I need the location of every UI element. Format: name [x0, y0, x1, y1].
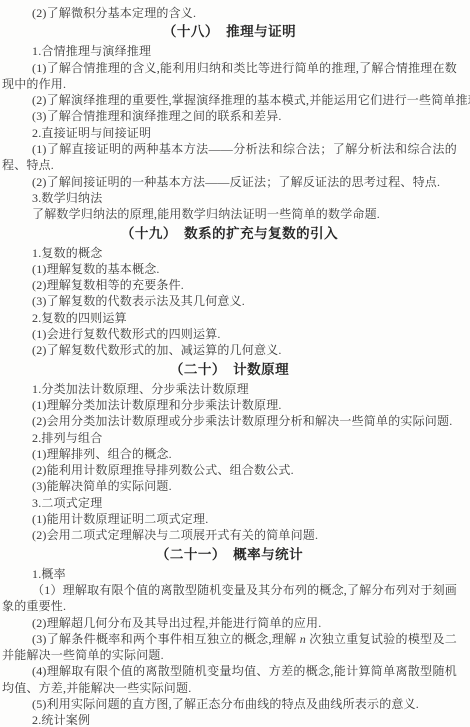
text-line: (2)会用二项式定理解决与二项展开式有关的简单问题.	[2, 527, 457, 543]
text-line: (1)理解排列、组合的概念.	[2, 446, 457, 462]
text-line: 3.二项式定理	[2, 495, 457, 511]
text-line: (1)理解复数的基本概念.	[2, 261, 457, 277]
text-line: (1)了解合情推理的含义,能利用归纳和类比等进行简单的推理,了解合情推理在数学发	[2, 60, 457, 76]
text-line: (2)能利用计数原理推导排列数公式、组合数公式.	[2, 462, 457, 478]
text-line: 2.复数的四则运算	[2, 310, 457, 326]
text-line: 1.复数的概念	[2, 245, 457, 261]
section-heading: （十八） 推理与证明	[2, 22, 457, 41]
document-page: (2)了解微积分基本定理的含义.（十八） 推理与证明1.合情推理与演绎推理(1)…	[0, 0, 470, 727]
text-line: 现中的作用.	[2, 76, 457, 92]
text-line: 1.合情推理与演绎推理	[2, 43, 457, 59]
section-heading: （十九） 数系的扩充与复数的引入	[2, 224, 457, 243]
text-line: (5)利用实际问题的直方图,了解正态分布曲线的特点及曲线所表示的意义.	[2, 696, 457, 712]
text-line: (3)了解条件概率和两个事件相互独立的概念,理解 n 次独立重复试验的模型及二项…	[2, 631, 457, 647]
text-line: 了解数学归纳法的原理,能用数学归纳法证明一些简单的数学命题.	[2, 206, 457, 222]
text-line: 2.直接证明与间接证明	[2, 125, 457, 141]
text-line: (4)理解取有限个值的离散型随机变量均值、方差的概念,能计算简单离散型随机变量的	[2, 663, 457, 679]
section-heading: （二十） 计数原理	[2, 360, 457, 379]
text-line: (3)了解合情推理和演绎推理之间的联系和差异.	[2, 108, 457, 124]
text-line: 均值、方差,并能解决一些实际问题.	[2, 680, 457, 696]
text-segment: (3)了解条件概率和两个事件相互独立的概念,理解	[32, 632, 300, 646]
text-line: 1.分类加法计数原理、分步乘法计数原理	[2, 381, 457, 397]
text-line: (2)会用分类加法计数原理或分步乘法计数原理分析和解决一些简单的实际问题.	[2, 413, 457, 429]
document-body: (2)了解微积分基本定理的含义.（十八） 推理与证明1.合情推理与演绎推理(1)…	[2, 5, 457, 727]
text-line: 程、特点.	[2, 157, 457, 173]
text-line: (2)理解超几何分布及其导出过程,并能进行简单的应用.	[2, 615, 457, 631]
text-line: (1)能用计数原理证明二项式定理.	[2, 511, 457, 527]
section-heading: （二十一） 概率与统计	[2, 545, 457, 564]
text-line: 象的重要性.	[2, 598, 457, 614]
text-line: (1)理解分类加法计数原理和分步乘法计数原理.	[2, 397, 457, 413]
text-line: （1）理解取有限个值的离散型随机变量及其分布列的概念,了解分布列对于刻画随机现	[2, 582, 457, 598]
text-line: 1.概率	[2, 566, 457, 582]
text-line: (3)了解复数的代数表示法及其几何意义.	[2, 293, 457, 309]
text-line: (2)了解复数代数形式的加、减运算的几何意义.	[2, 342, 457, 358]
text-line: 并能解决一些简单的实际问题.	[2, 647, 457, 663]
text-line: (1)了解直接证明的两种基本方法——分析法和综合法；了解分析法和综合法的思考过	[2, 141, 457, 157]
text-line: 3.数学归纳法	[2, 190, 457, 206]
text-line: 2.排列与组合	[2, 430, 457, 446]
text-line: (2)了解演绎推理的重要性,掌握演绎推理的基本模式,并能运用它们进行一些简单推理…	[2, 92, 457, 108]
text-line: 2.统计案例	[2, 712, 457, 727]
text-line: (1)会进行复数代数形式的四则运算.	[2, 326, 457, 342]
text-line: (2)了解间接证明的一种基本方法——反证法；了解反证法的思考过程、特点.	[2, 174, 457, 190]
text-line: (2)理解复数相等的充要条件.	[2, 277, 457, 293]
text-line: (2)了解微积分基本定理的含义.	[2, 5, 457, 21]
text-line: (3)能解决简单的实际问题.	[2, 478, 457, 494]
